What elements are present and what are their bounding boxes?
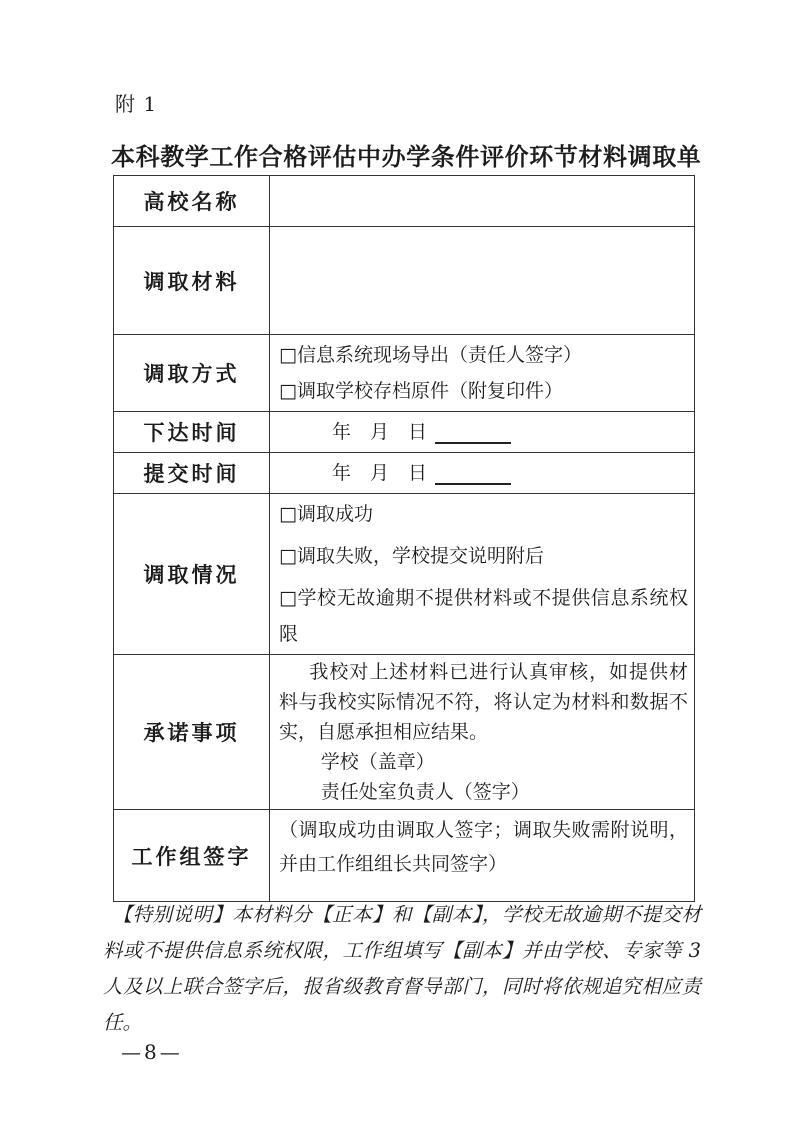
materials-blank-cell: [270, 227, 695, 335]
school-stamp-line: 学校（盖章）: [279, 747, 688, 777]
checkbox-option-failure: □调取失败，学校提交说明附后: [279, 538, 688, 574]
table-row-workgroup-signature: 工作组签字 （调取成功由调取人签字；调取失败需附说明，并由工作组组长共同签字）: [114, 810, 695, 902]
submit-date-placeholder: 年 月 日: [332, 462, 427, 484]
row-label-retrieval-status: 调取情况: [114, 494, 270, 655]
responsible-office-sign-line: 责任处室负责人（签字）: [279, 777, 688, 807]
table-row-commitment: 承诺事项 我校对上述材料已进行认真审核，如提供材料与我校实际情况不符，将认定为材…: [114, 655, 695, 810]
table-row-submit-time: 提交时间 年 月 日: [114, 453, 695, 494]
table-row-university-name: 高校名称: [114, 176, 695, 227]
workgroup-signature-cell: （调取成功由调取人签字；调取失败需附说明，并由工作组组长共同签字）: [270, 810, 695, 902]
checkbox-option-overdue: □学校无故逾期不提供材料或不提供信息系统权限: [279, 580, 688, 652]
attachment-label: 附 1: [115, 88, 157, 117]
row-label-university-name: 高校名称: [114, 176, 270, 227]
table-row-retrieval-status: 调取情况 □调取成功 □调取失败，学校提交说明附后 □学校无故逾期不提供材料或不…: [114, 494, 695, 655]
commitment-cell: 我校对上述材料已进行认真审核，如提供材料与我校实际情况不符，将认定为材料和数据不…: [270, 655, 695, 810]
special-note: 【特别说明】本材料分【正本】和【副本】，学校无故逾期不提交材料或不提供信息系统权…: [103, 897, 701, 1041]
row-label-workgroup-signature: 工作组签字: [114, 810, 270, 902]
table-row-materials: 调取材料: [114, 227, 695, 335]
checkbox-option-success: □调取成功: [279, 496, 688, 532]
checkbox-option-archive-original: □调取学校存档原件（附复印件）: [279, 373, 688, 409]
university-name-blank-cell: [270, 176, 695, 227]
table-row-retrieval-method: 调取方式 □信息系统现场导出（责任人签字） □调取学校存档原件（附复印件）: [114, 335, 695, 412]
fill-in-line: [435, 471, 511, 485]
checkbox-option-system-export: □信息系统现场导出（责任人签字）: [279, 337, 688, 373]
row-label-retrieval-method: 调取方式: [114, 335, 270, 412]
page-number: —8—: [121, 1040, 183, 1064]
issue-time-cell: 年 月 日: [270, 412, 695, 453]
table-row-issue-time: 下达时间 年 月 日: [114, 412, 695, 453]
document-title: 本科教学工作合格评估中办学条件评价环节材料调取单: [111, 137, 701, 172]
row-label-commitment: 承诺事项: [114, 655, 270, 810]
fill-in-line: [435, 430, 511, 444]
document-page: 附 1 本科教学工作合格评估中办学条件评价环节材料调取单 高校名称 调取材料 调…: [0, 0, 793, 1122]
row-label-issue-time: 下达时间: [114, 412, 270, 453]
row-label-submit-time: 提交时间: [114, 453, 270, 494]
submit-time-cell: 年 月 日: [270, 453, 695, 494]
retrieval-status-cell: □调取成功 □调取失败，学校提交说明附后 □学校无故逾期不提供材料或不提供信息系…: [270, 494, 695, 655]
commitment-paragraph: 我校对上述材料已进行认真审核，如提供材料与我校实际情况不符，将认定为材料和数据不…: [279, 657, 688, 747]
retrieval-form-table: 高校名称 调取材料 调取方式 □信息系统现场导出（责任人签字） □调取学校存档原…: [113, 175, 695, 902]
issue-date-placeholder: 年 月 日: [332, 421, 427, 443]
row-label-materials: 调取材料: [114, 227, 270, 335]
retrieval-method-cell: □信息系统现场导出（责任人签字） □调取学校存档原件（附复印件）: [270, 335, 695, 412]
